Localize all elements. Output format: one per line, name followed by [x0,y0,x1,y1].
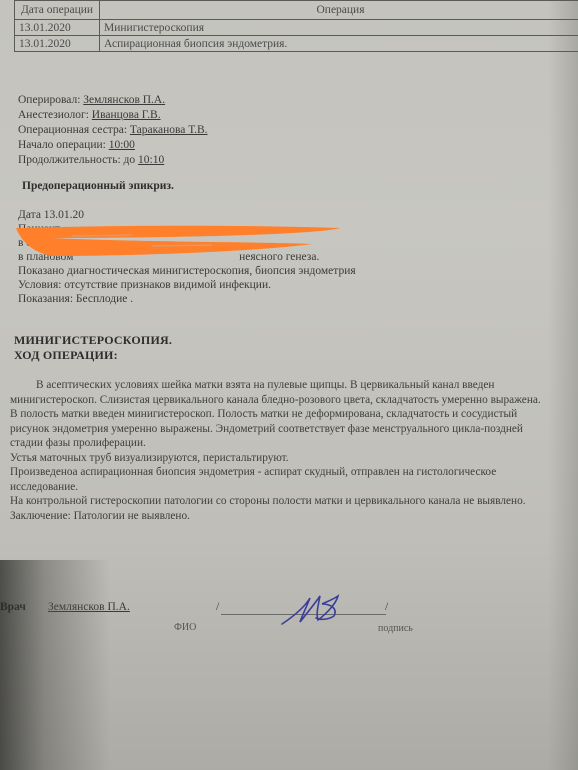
duration-line: Продолжительность: до 10:10 [18,153,208,168]
document-page: Дата операции Операция 13.01.2020 Миниги… [0,0,578,770]
duration-time: 10:10 [138,154,164,166]
row-date: 13.01.2020 [15,36,100,52]
epicrisis-indications: Показания: Бесплодие . [18,292,356,306]
photo-shadow-right [548,0,578,770]
nurse-name: Тараканова Т.В. [130,124,208,136]
procedure-title-line-2: ХОД ОПЕРАЦИИ: [14,348,172,363]
surgeon-name: Землянсков П.А. [83,94,165,106]
photo-shadow [0,560,110,770]
nurse-line: Операционная сестра: Тараканова Т.В. [18,123,208,138]
signature-label: подпись [378,623,413,634]
duration-label: Продолжительность: до [18,154,135,166]
epicrisis-date: Дата 13.01.20 [18,208,356,222]
staff-section: Оперировал: Землянсков П.А. Анестезиолог… [18,93,208,168]
procedure-title: МИНИГИСТЕРОСКОПИЯ. ХОД ОПЕРАЦИИ: [14,333,172,363]
row-operation: Аспирационная биопсия эндометрия. [100,36,578,52]
redaction-scribble [12,222,344,258]
table-row: 13.01.2020 Аспирационная биопсия эндомет… [15,36,578,52]
procedure-course: В асептических условиях шейка матки взят… [10,378,555,523]
course-paragraph: На контрольной гистероскопии патологии с… [10,494,555,509]
row-date: 13.01.2020 [15,20,100,36]
table-header-row: Дата операции Операция [15,1,578,20]
signature-slash-left: / [216,601,219,613]
anesthesiologist-label: Анестезиолог: [18,109,89,121]
row-operation: Минигистероскопия [100,20,578,36]
anesthesiologist-line: Анестезиолог: Иванцова Г.В. [18,108,208,123]
start-line: Начало операции: 10:00 [18,138,208,153]
surgeon-line: Оперировал: Землянсков П.А. [18,93,208,108]
start-label: Начало операции: [18,139,106,151]
course-paragraph: В асептических условиях шейка матки взят… [10,378,555,407]
nurse-label: Операционная сестра: [18,124,127,136]
surgeon-label: Оперировал: [18,94,80,106]
fio-label: ФИО [174,622,196,633]
epicrisis-conditions: Условия: отсутствие признаков видимой ин… [18,278,356,292]
course-paragraph: Устья маточных труб визуализируются, пер… [10,451,555,466]
anesthesiologist-name: Иванцова Г.В. [92,109,161,121]
start-time: 10:00 [109,139,135,151]
header-operation: Операция [100,1,578,20]
epicrisis-indicated: Показано диагностическая минигистероскоп… [18,264,356,278]
handwritten-signature [280,590,350,626]
procedure-title-line-1: МИНИГИСТЕРОСКОПИЯ. [14,333,172,348]
course-conclusion: Заключение: Патологии не выявлено. [10,509,555,524]
course-paragraph: В полость матки введен минигистероскоп. … [10,407,555,451]
epicrisis-title: Предоперационный эпикриз. [22,180,174,192]
operations-table: Дата операции Операция 13.01.2020 Миниги… [14,0,578,52]
table-row: 13.01.2020 Минигистероскопия [15,20,578,36]
signature-slash-right: / [385,601,388,613]
header-date: Дата операции [15,1,100,20]
course-paragraph: Произведеноа аспирационная биопсия эндом… [10,465,555,494]
